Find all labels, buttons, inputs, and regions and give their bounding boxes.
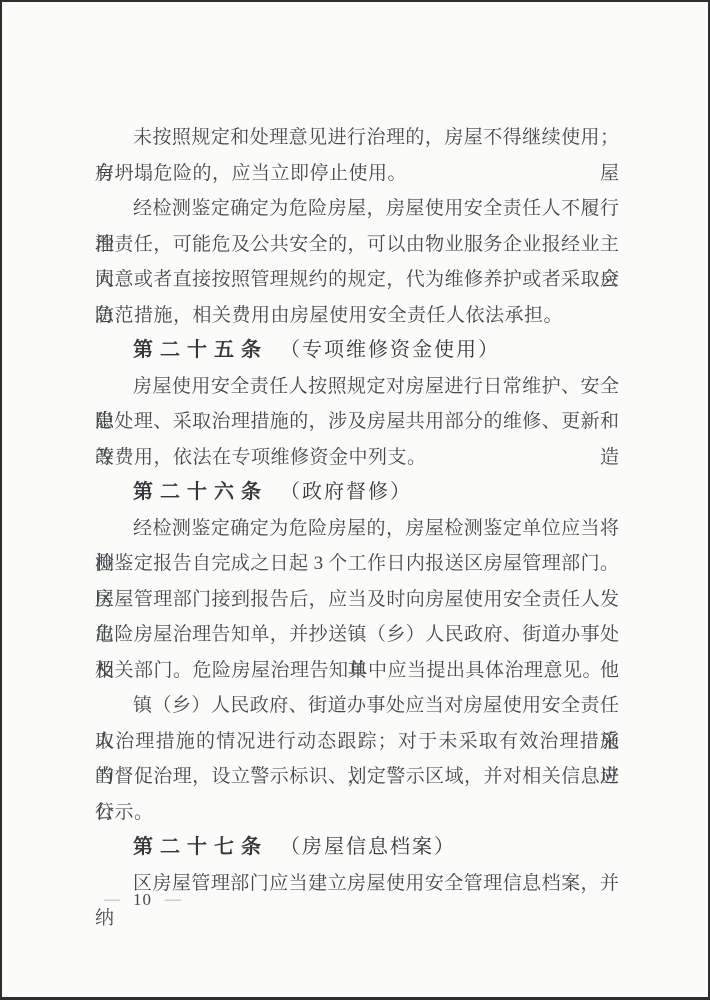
text-line: 经检测鉴定确定为危险房屋，房屋使用安全责任人不履行治 (95, 191, 619, 227)
article-number: 第二十七条 (133, 836, 268, 858)
text-line: 经检测鉴定确定为危险房屋的，房屋检测鉴定单位应当将检 (95, 511, 619, 547)
text-line: 当督促治理，设立警示标识、划定警示区域，并对相关信息进行 (95, 759, 619, 795)
text-line: 相关部门。危险房屋治理告知单中应当提出具体治理意见。 (95, 653, 619, 689)
text-line: 未按照规定和处理意见进行治理的，房屋不得继续使用；房屋 (95, 120, 619, 156)
article-label: （政府督修） (280, 481, 412, 503)
article-number: 第二十六条 (133, 481, 268, 503)
text-line: 房屋使用安全责任人按照规定对房屋进行日常维护、安全隐 (95, 369, 619, 405)
footer-dash-right: — (165, 892, 181, 908)
text-line: 危险房屋治理告知单，并抄送镇（乡）人民政府、街道办事处及其他 (95, 617, 619, 653)
page-footer: — 10 — (104, 890, 181, 910)
article-heading: 第二十五条（专项维修资金使用） (95, 333, 619, 369)
article-label: （专项维修资金使用） (280, 339, 500, 361)
text-line: 公示。 (95, 795, 619, 831)
text-line: 防范措施，相关费用由房屋使用安全责任人依法承担。 (95, 298, 619, 334)
scanned-document-page: 未按照规定和处理意见进行治理的，房屋不得继续使用；房屋有坍塌危险的，应当立即停止… (0, 0, 710, 1000)
page-number: 10 (133, 890, 152, 910)
text-line: 镇（乡）人民政府、街道办事处应当对房屋使用安全责任人采 (95, 688, 619, 724)
article-label: （房屋信息档案） (280, 836, 456, 858)
text-line: 测鉴定报告自完成之日起 3 个工作日内报送区房屋管理部门。区 (95, 546, 619, 582)
article-number: 第二十五条 (133, 339, 268, 361)
text-line: 取治理措施的情况进行动态跟踪；对于未采取有效治理措施的，应 (95, 724, 619, 760)
text-line: 房屋管理部门接到报告后，应当及时向房屋使用安全责任人发出 (95, 582, 619, 618)
text-line: 患处理、采取治理措施的，涉及房屋共用部分的维修、更新和改造 (95, 404, 619, 440)
article-heading: 第二十七条（房屋信息档案） (95, 830, 619, 866)
text-line: 同意或者直接按照管理规约的规定，代为维修养护或者采取应急 (95, 262, 619, 298)
footer-dash-left: — (104, 892, 120, 908)
text-line: 理责任，可能危及公共安全的，可以由物业服务企业报经业主大会 (95, 227, 619, 263)
document-lines: 未按照规定和处理意见进行治理的，房屋不得继续使用；房屋有坍塌危险的，应当立即停止… (95, 120, 619, 901)
article-heading: 第二十六条（政府督修） (95, 475, 619, 511)
